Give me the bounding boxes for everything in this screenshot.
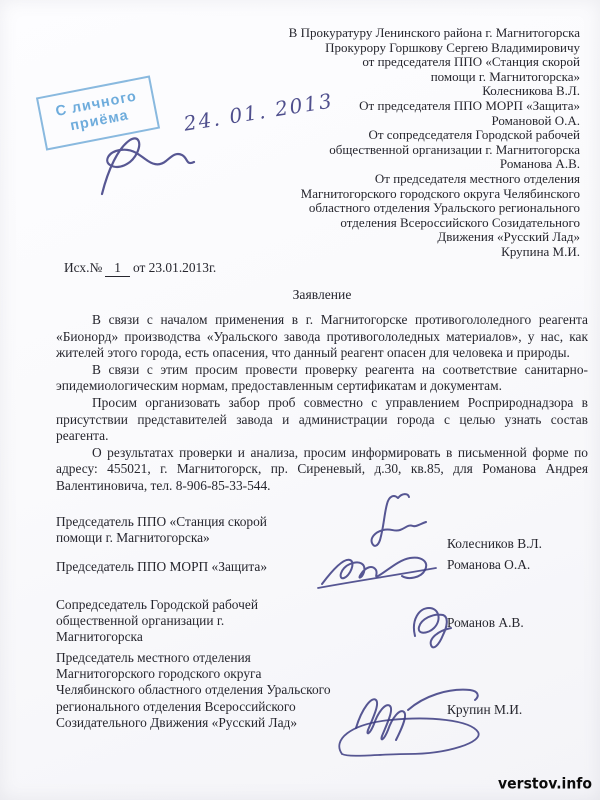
signatory-position-1: Председатель ППО «Станция скорой помощи … — [56, 514, 306, 546]
header-line: Магнитогорского городского округа Челяби… — [210, 187, 580, 202]
signature-krupin-icon — [328, 678, 488, 766]
header-line: Колесникова В.Л. — [210, 84, 580, 99]
reference-number: 1 — [105, 260, 130, 277]
header-line: Романова А.В. — [210, 157, 580, 172]
header-line: Крупина М.И. — [210, 245, 580, 260]
reference-date: от 23.01.2013г. — [133, 260, 216, 275]
signatory-name-2: Романова О.А. — [447, 557, 530, 573]
signatory-name-1: Колесников В.Л. — [447, 536, 542, 552]
signatory-position-3: Сопредседатель Городской рабочей обществ… — [56, 597, 301, 646]
header-line: От председателя местного отделения — [210, 172, 580, 187]
signature-romanova-icon — [316, 546, 451, 594]
paragraph: В связи с началом применения в г. Магнит… — [56, 312, 588, 362]
site-watermark: verstov.info — [498, 775, 592, 793]
signatory-name-4: Крупин М.И. — [447, 702, 522, 718]
header-line: отделения Всероссийского Созидательного — [210, 216, 580, 231]
scanned-letter-page: С личного приёма 24. 01. 2013 В Прокурат… — [0, 0, 600, 800]
header-line: от председателя ППО «Станция скорой — [210, 55, 580, 70]
signature-kolesnikov-icon — [338, 490, 448, 552]
header-line: Прокурору Горшкову Сергею Владимировичу — [210, 41, 580, 56]
header-line: общественной организации г. Магнитогорск… — [210, 143, 580, 158]
reference-label: Исх.№ — [64, 260, 102, 275]
header-line: От сопредседателя Городской рабочей — [210, 128, 580, 143]
header-line: В Прокуратуру Ленинского района г. Магни… — [210, 26, 580, 41]
signatory-position-2: Председатель ППО МОРП «Защита» — [56, 559, 356, 575]
header-line: помощи г. Магнитогорска» — [210, 70, 580, 85]
handwritten-signature-mark — [78, 128, 198, 198]
signatory-position-4: Председатель местного отделения Магнитог… — [56, 650, 341, 731]
header-line: Движения «Русский Лад» — [210, 230, 580, 245]
paragraph: О результатах проверки и анализа, просим… — [56, 445, 588, 495]
paragraph: Просим организовать забор проб совместно… — [56, 395, 588, 445]
document-title: Заявление — [56, 287, 588, 303]
signatory-name-3: Романов А.В. — [447, 615, 524, 631]
addressee-block: В Прокуратуру Ленинского района г. Магни… — [210, 26, 580, 260]
header-line: Романовой О.А. — [210, 114, 580, 129]
header-line: областного отделения Уральского регионал… — [210, 201, 580, 216]
reference-line: Исх.№1от 23.01.2013г. — [64, 260, 216, 277]
body-text: В связи с началом применения в г. Магнит… — [56, 312, 588, 495]
paragraph: В связи с этим просим провести проверку … — [56, 362, 588, 395]
header-line: От председателя ППО МОРП «Защита» — [210, 99, 580, 114]
